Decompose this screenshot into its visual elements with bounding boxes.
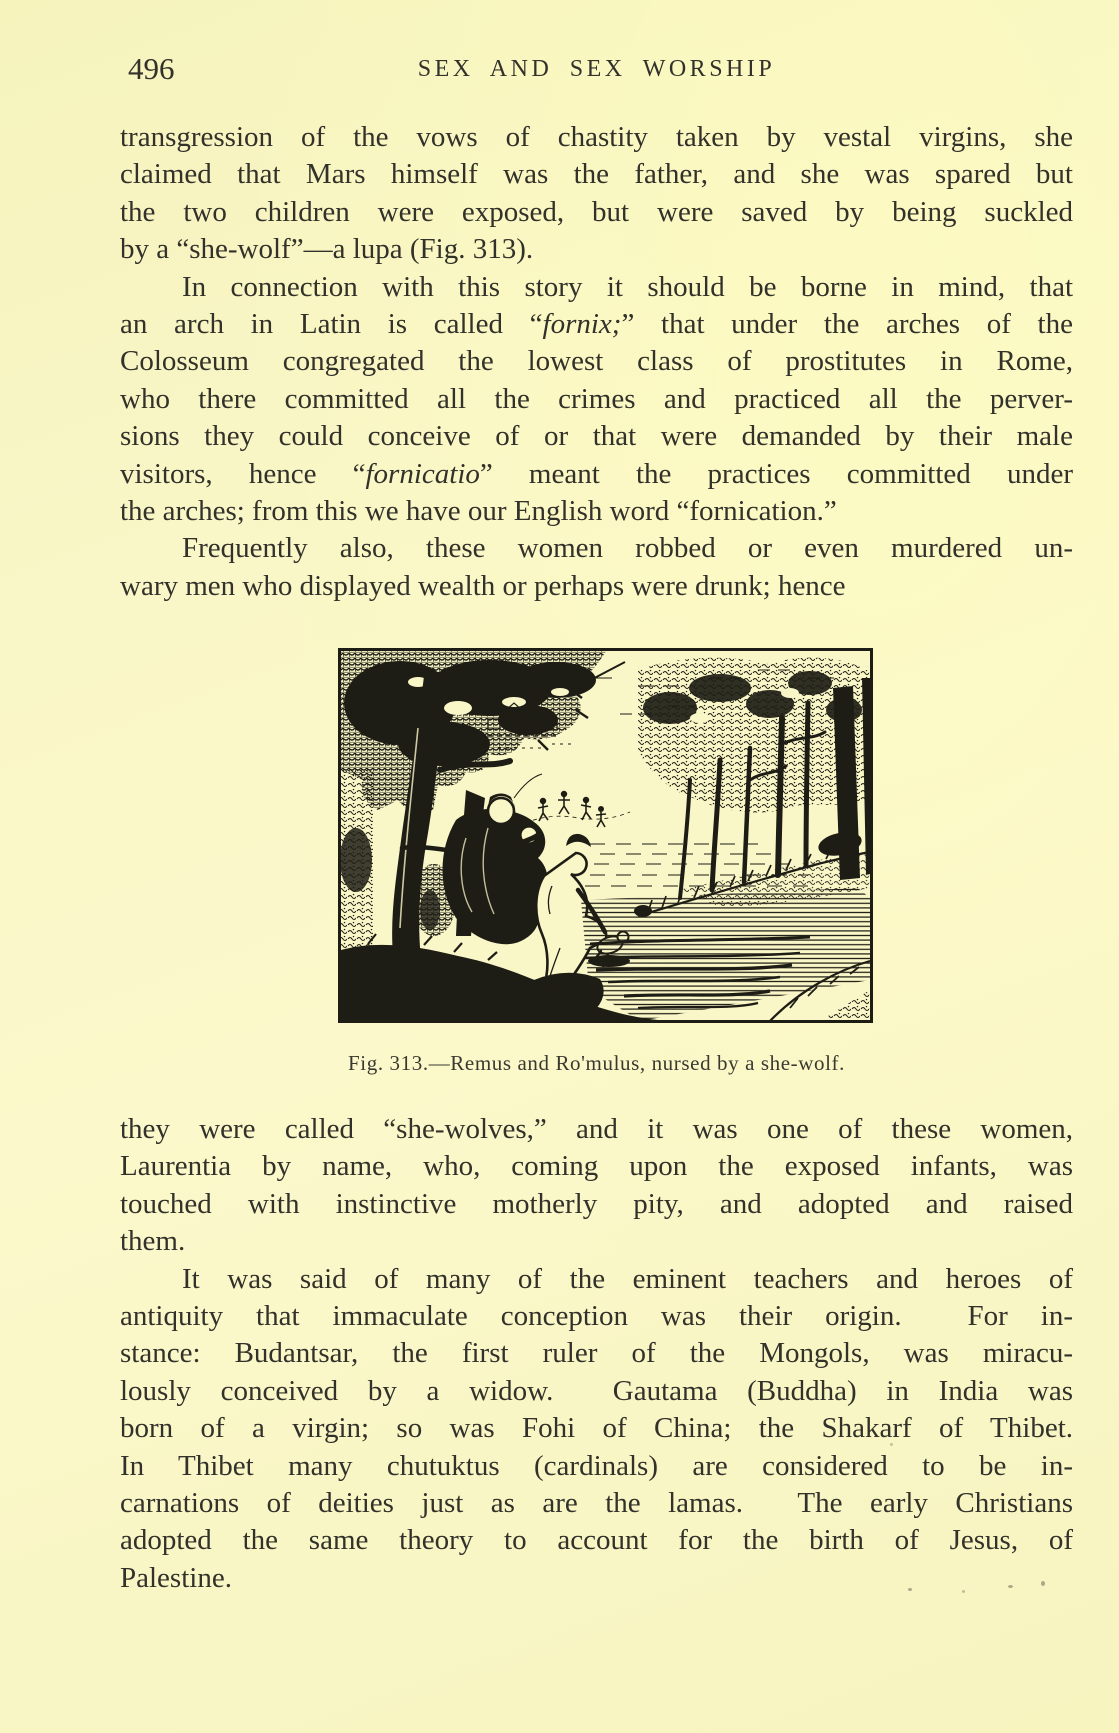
text-line: by a “she-wolf”—a lupa (Fig. 313). xyxy=(120,231,1073,268)
text-segment: ” that under the arches of the xyxy=(621,308,1073,340)
text-line: born of a virgin; so was Fohi of China; … xyxy=(120,1410,1073,1447)
text-line: they were called “she-wolves,” and it wa… xyxy=(120,1111,1073,1148)
text-segment-italic: fornix; xyxy=(543,308,622,340)
text-line: carnations of deities just as are the la… xyxy=(120,1485,1073,1522)
text-line: lously conceived by a widow. Gautama (Bu… xyxy=(120,1373,1073,1410)
text-line: transgression of the vows of chastity ta… xyxy=(120,119,1073,156)
text-line: them. xyxy=(120,1223,1073,1260)
text-line: claimed that Mars himself was the father… xyxy=(120,156,1073,193)
woodcut-remus-romulus xyxy=(338,648,873,1023)
text-line: stance: Budantsar, the first ruler of th… xyxy=(120,1335,1073,1372)
text-segment: ” meant the practices committed under xyxy=(480,458,1073,490)
text-line: who there committed all the crimes and p… xyxy=(120,381,1073,418)
scan-speck xyxy=(962,1590,965,1593)
scan-speck xyxy=(908,1588,912,1591)
text-line: touched with instinctive motherly pity, … xyxy=(120,1186,1073,1223)
text-line: Palestine. xyxy=(120,1560,1073,1597)
book-page: 496 SEX AND SEX WORSHIP transgression of… xyxy=(0,0,1119,1733)
text-line: sions they could conceive of or that wer… xyxy=(120,418,1073,455)
text-line: Laurentia by name, who, coming upon the … xyxy=(120,1148,1073,1185)
text-segment-italic: fornicatio xyxy=(365,458,479,490)
figure-illustration xyxy=(338,648,873,1023)
figure-caption: Fig. 313.—Remus and Ro'mulus, nursed by … xyxy=(120,1050,1073,1076)
text-line: Colosseum congregated the lowest class o… xyxy=(120,343,1073,380)
text-line: Frequently also, these women robbed or e… xyxy=(120,530,1073,567)
text-segment: an arch in Latin is called “ xyxy=(120,308,543,340)
scan-speck xyxy=(890,1443,893,1446)
text-block-top: transgression of the vows of chastity ta… xyxy=(120,119,1073,605)
text-line: the arches; from this we have our Englis… xyxy=(120,493,1073,530)
text-line: the two children were exposed, but were … xyxy=(120,194,1073,231)
text-line: It was said of many of the eminent teach… xyxy=(120,1261,1073,1298)
running-head: SEX AND SEX WORSHIP xyxy=(120,55,1073,83)
text-line: an arch in Latin is called “fornix;” tha… xyxy=(120,306,1073,343)
text-block-bottom: they were called “she-wolves,” and it wa… xyxy=(120,1111,1073,1597)
text-line: In connection with this story it should … xyxy=(120,269,1073,306)
text-line: antiquity that immaculate conception was… xyxy=(120,1298,1073,1335)
text-line: In Thibet many chutuktus (cardinals) are… xyxy=(120,1448,1073,1485)
text-line: visitors, hence “fornicatio” meant the p… xyxy=(120,456,1073,493)
text-segment: visitors, hence “ xyxy=(120,458,365,490)
scan-speck xyxy=(1041,1581,1045,1586)
scan-speck xyxy=(1008,1585,1013,1588)
text-line: adopted the same theory to account for t… xyxy=(120,1522,1073,1559)
text-line: wary men who displayed wealth or perhaps… xyxy=(120,568,1073,605)
